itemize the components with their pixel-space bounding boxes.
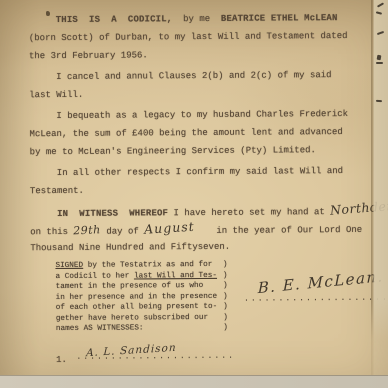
codicil-line: I bequeath as a legacy to my husband Cha… [29, 105, 374, 125]
attestation-rest: by the Testatrix as and for [83, 261, 212, 270]
paragraph-bequest: I bequeath as a legacy to my husband Cha… [29, 105, 374, 161]
attestation-underlined: SIGNED [55, 262, 83, 270]
paragraph-cancel-clauses: I cancel and annul Clauses 2(b) and 2(c)… [29, 66, 374, 104]
testatrix-name-caps: BEATRICE ETHEL McLEAN [221, 13, 338, 24]
codicil-line-text: day of [101, 226, 144, 236]
codicil-line: by me to McLean's Engineering Services (… [30, 141, 375, 161]
codicil-line-text: by me [172, 14, 221, 24]
witness-number: 1. [56, 354, 76, 364]
paragraph-declaration: THIS IS A CODICIL, by me BEATRICE ETHEL … [29, 9, 374, 65]
in-witness-caps: IN WITNESS WHEREOF [57, 208, 168, 219]
attestation-underlined: last Will and Tes- [134, 271, 217, 280]
codicil-body: THIS IS A CODICIL, by me BEATRICE ETHEL … [29, 9, 377, 388]
codicil-line: THIS IS A CODICIL, by me BEATRICE ETHEL … [29, 9, 374, 29]
codicil-line: McLean, the sum of £400 being the amount… [29, 123, 374, 143]
codicil-line: In all other respects I confirm my said … [30, 162, 375, 182]
codicil-line: on this 29th day of August in the year o… [30, 219, 375, 239]
pencil-mark [377, 55, 382, 61]
codicil-line: Testament. [30, 180, 375, 200]
attestation-clause: SIGNED by the Testatrix as and for) a Co… [55, 260, 228, 335]
attestation-line: gether have hereto subscribed our) [56, 312, 228, 324]
paragraph-witness-clause: IN WITNESS WHEREOF I have hereto set my … [30, 201, 375, 257]
witness-signature-area: ....................... A. L. Sandison [76, 339, 216, 364]
document-photo: THIS IS A CODICIL, by me BEATRICE ETHEL … [0, 0, 388, 388]
codicil-line: the 3rd February 1956. [29, 45, 374, 65]
codicil-line-text: on this [30, 227, 73, 237]
attestation-text: gether have hereto subscribed our [56, 312, 208, 324]
pencil-mark [376, 62, 383, 64]
witness-signature-row: 1. ....................... A. L. Sandiso… [56, 338, 376, 364]
attestation-text: names AS WITNESSES: [56, 323, 144, 334]
attestation-section: SIGNED by the Testatrix as and for) a Co… [30, 259, 376, 335]
codicil-title-caps: THIS IS A CODICIL, [56, 14, 173, 25]
codicil-line: last Will. [29, 84, 374, 104]
codicil-line: (born Scott) of Durban, to my last Will … [29, 27, 374, 47]
attestation-bracket: ) [223, 323, 228, 334]
attestation-line: names AS WITNESSES:) [56, 323, 228, 335]
paragraph-confirmation: In all other respects I confirm my said … [30, 162, 375, 200]
codicil-line-text: I have hereto set my hand at [168, 207, 330, 218]
testatrix-signature-area: .......................... B. E. McLean. [227, 259, 375, 324]
codicil-line-text: in the year of Our Lord One [195, 225, 363, 236]
handwritten-day: 29th [73, 221, 101, 240]
codicil-line: IN WITNESS WHEREOF I have hereto set my … [30, 201, 375, 221]
attestation-rest: a Codicil to her [55, 272, 133, 281]
handwritten-month: August [144, 218, 196, 239]
scan-background-strip [0, 375, 388, 388]
codicil-line: I cancel and annul Clauses 2(b) and 2(c)… [29, 66, 374, 86]
